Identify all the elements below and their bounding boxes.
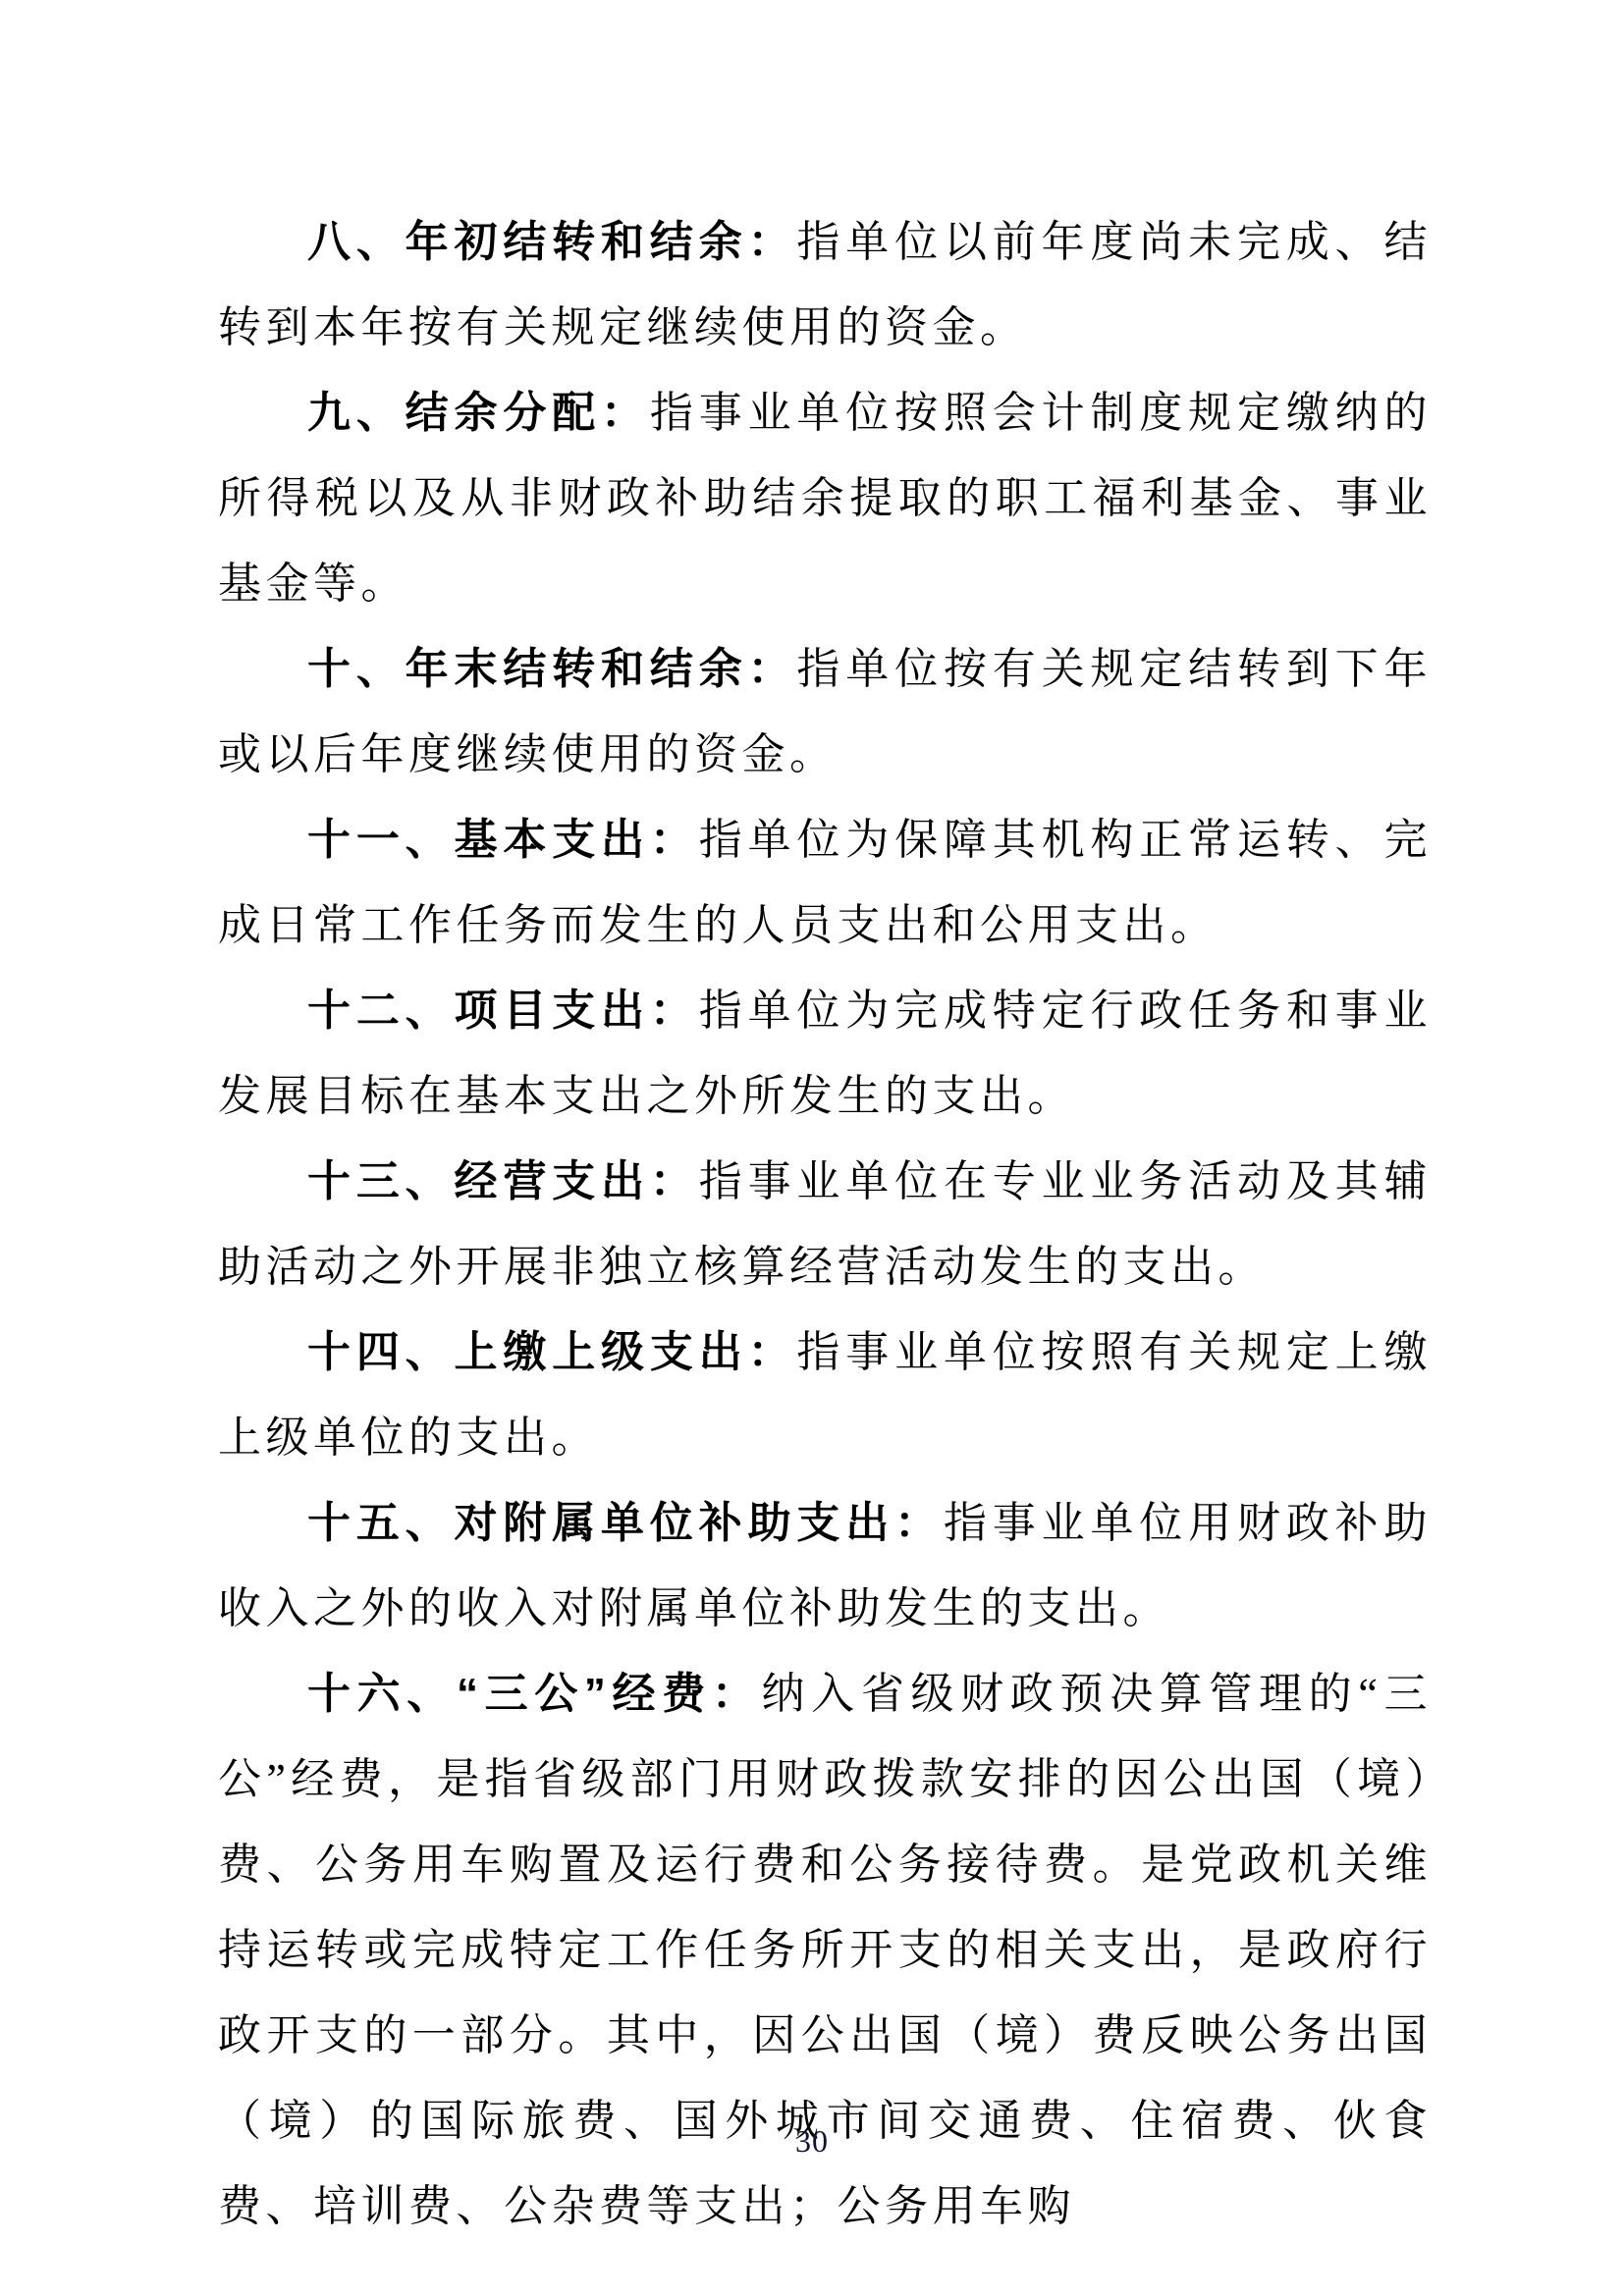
paragraph: 十三、经营支出：指事业单位在专业业务活动及其辅助活动之外开展非独立核算经营活动发… (218, 1139, 1432, 1309)
term-label: 十一、基本支出： (307, 816, 699, 864)
term-label: 十、年末结转和结余： (307, 645, 796, 693)
term-label: 九、结余分配： (307, 389, 650, 437)
definitions-list: 八、年初结转和结余：指单位以前年度尚未完成、结转到本年按有关规定继续使用的资金。… (218, 199, 1432, 2249)
term-label: 十四、上缴上级支出： (307, 1328, 796, 1376)
document-page: 八、年初结转和结余：指单位以前年度尚未完成、结转到本年按有关规定继续使用的资金。… (0, 0, 1624, 2296)
page-footer: 30 (0, 2123, 1624, 2160)
term-label: 十六、“三公”经费： (307, 1670, 762, 1718)
paragraph: 八、年初结转和结余：指单位以前年度尚未完成、结转到本年按有关规定继续使用的资金。 (218, 199, 1432, 370)
paragraph: 十四、上缴上级支出：指事业单位按照有关规定上缴上级单位的支出。 (218, 1309, 1432, 1480)
term-label: 十二、项目支出： (307, 987, 699, 1035)
paragraph: 十一、基本支出：指单位为保障其机构正常运转、完成日常工作任务而发生的人员支出和公… (218, 797, 1432, 968)
page-number: 30 (795, 2123, 829, 2159)
term-label: 十三、经营支出： (307, 1157, 699, 1205)
term-label: 十五、对附属单位补助支出： (307, 1499, 944, 1547)
paragraph: 十、年末结转和结余：指单位按有关规定结转到下年或以后年度继续使用的资金。 (218, 626, 1432, 797)
paragraph: 九、结余分配：指事业单位按照会计制度规定缴纳的所得税以及从非财政补助结余提取的职… (218, 370, 1432, 626)
term-label: 八、年初结转和结余： (307, 218, 796, 266)
paragraph: 十二、项目支出：指单位为完成特定行政任务和事业发展目标在基本支出之外所发生的支出… (218, 968, 1432, 1139)
paragraph: 十五、对附属单位补助支出：指事业单位用财政补助收入之外的收入对附属单位补助发生的… (218, 1480, 1432, 1651)
